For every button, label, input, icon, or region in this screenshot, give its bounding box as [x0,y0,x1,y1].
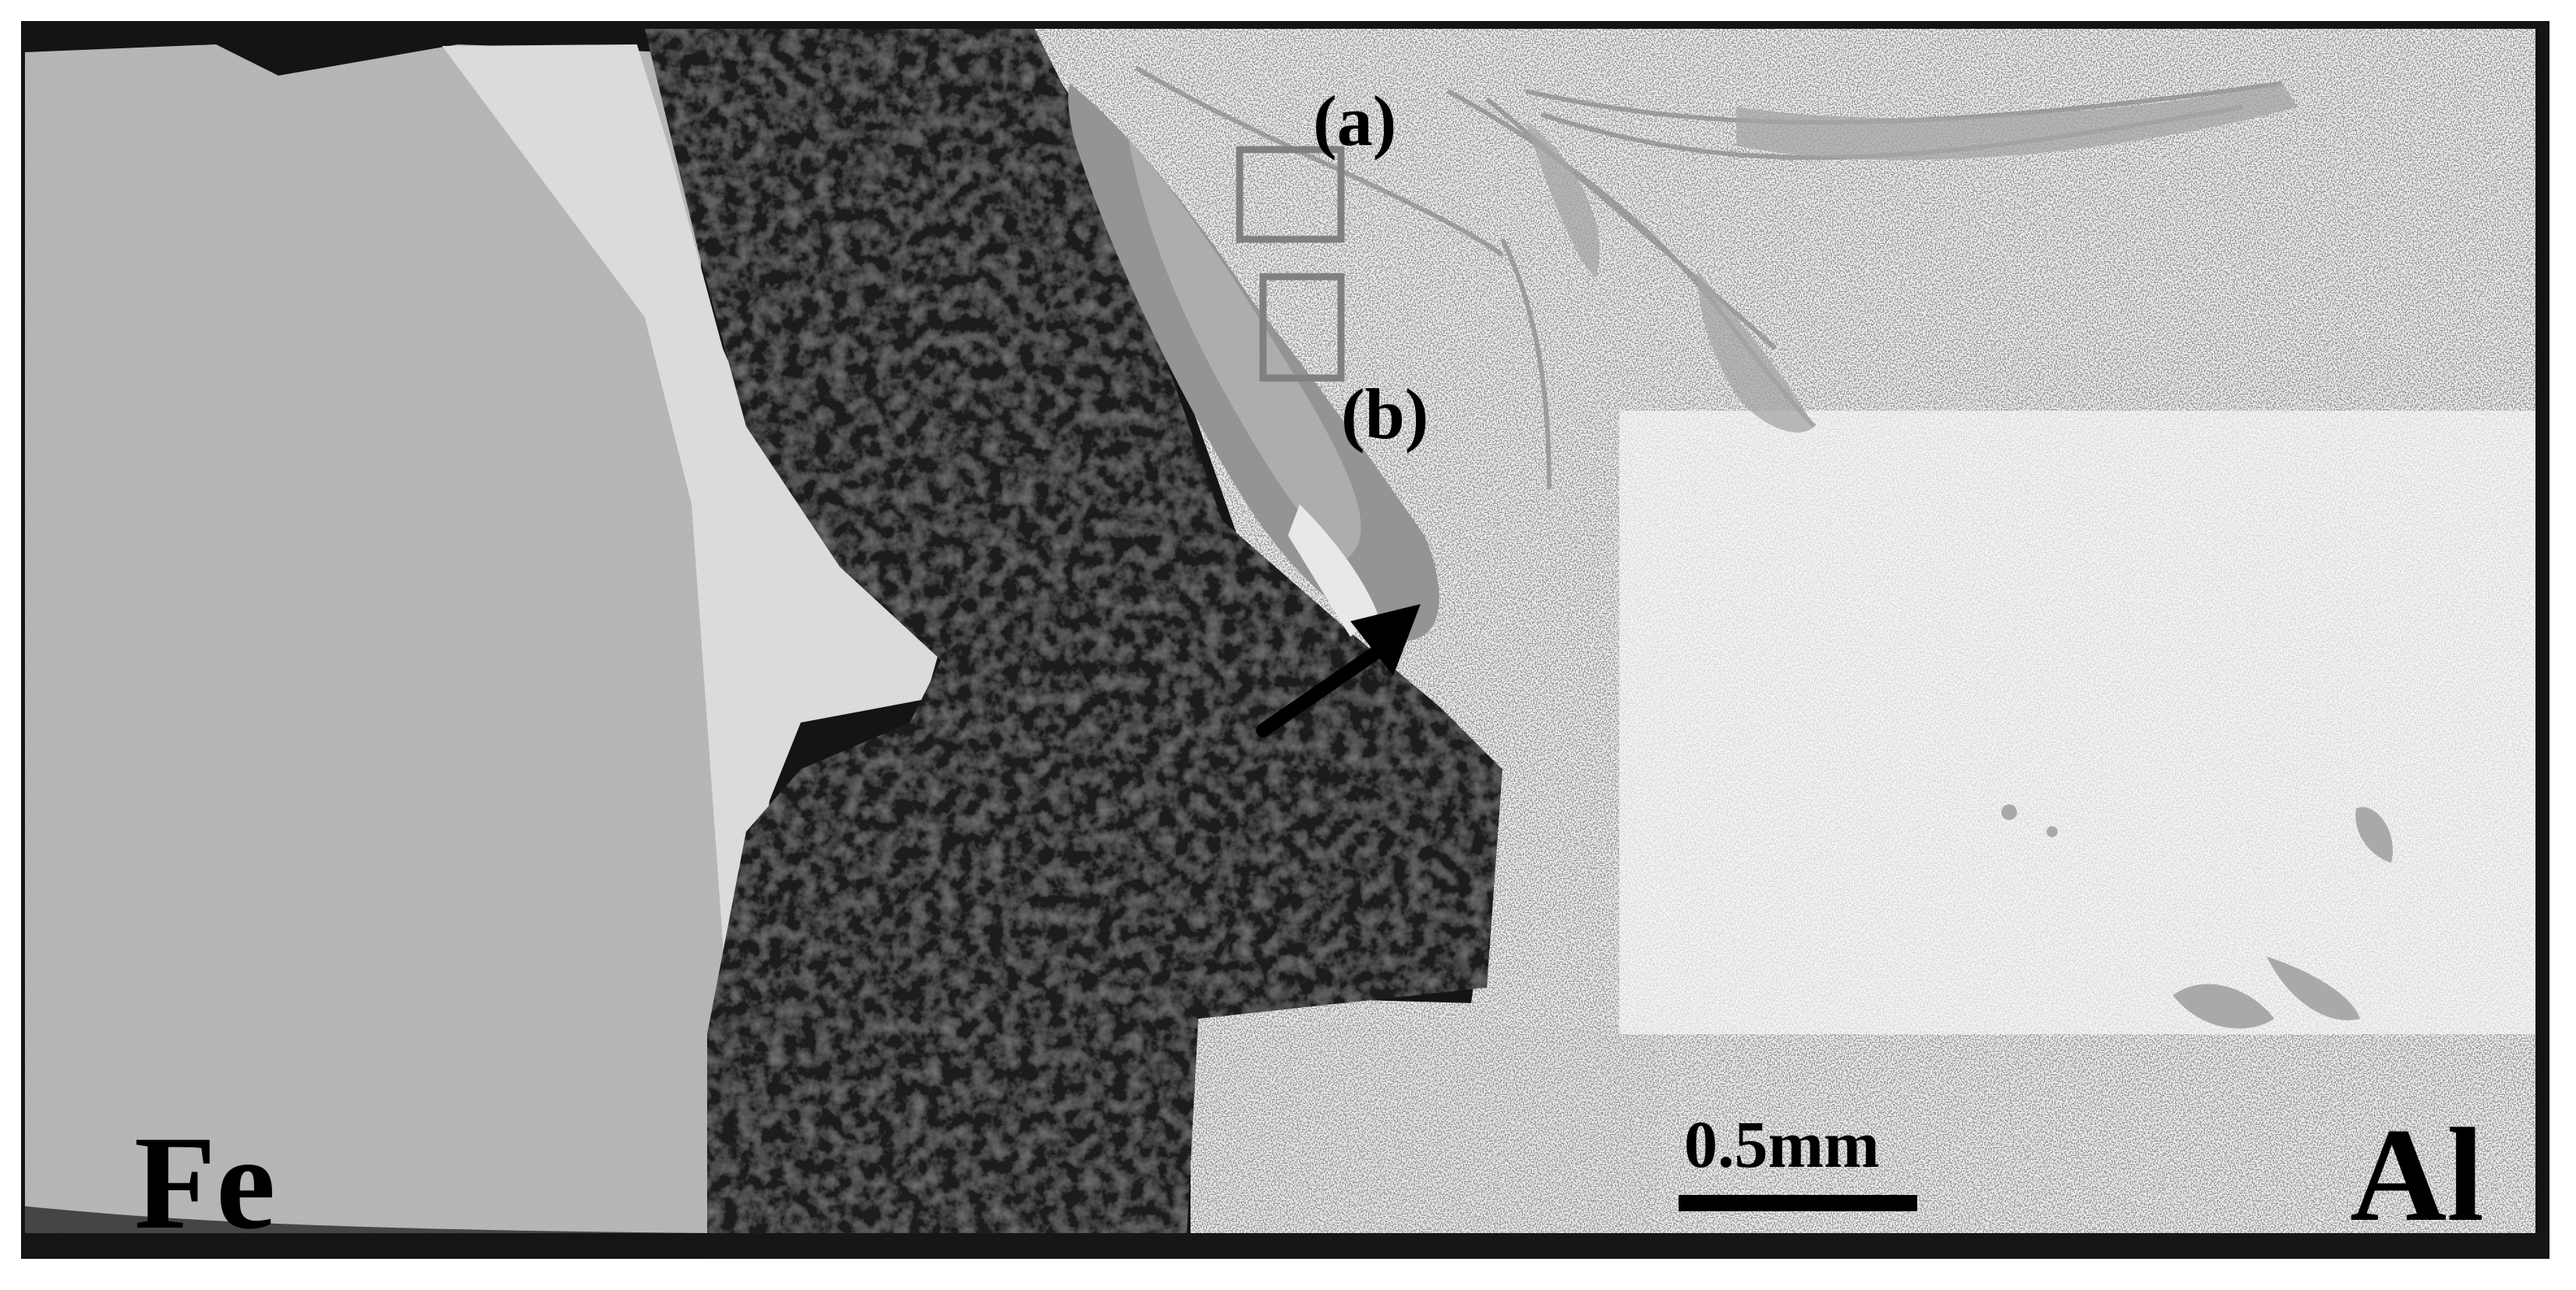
region-b-label: (b) [1341,378,1428,450]
scale-bar-label: 0.5mm [1684,1111,1880,1178]
micrograph-image: Fe Al (a) (b) 0.5mm [21,21,2549,1259]
al-label: Al [2350,1108,2484,1242]
region-a-label: (a) [1313,85,1396,157]
fe-label: Fe [134,1116,275,1250]
micrograph-drawing [21,21,2549,1259]
scale-bar [1679,1195,1917,1211]
